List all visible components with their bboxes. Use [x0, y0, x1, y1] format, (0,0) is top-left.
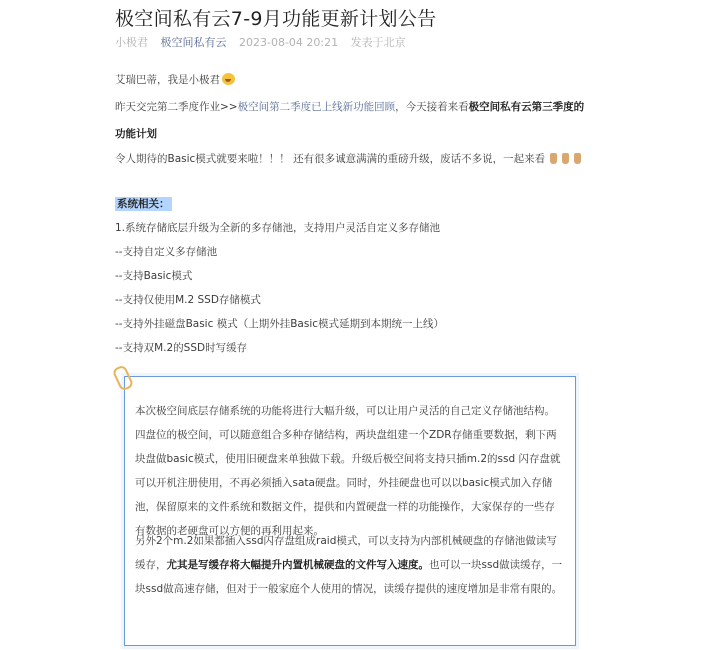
previous-article-link[interactable]: 极空间第二季度已上线新功能回顾 — [238, 101, 396, 113]
author: 小极君 — [115, 36, 148, 49]
intro-bold: 极空间私有云第三季度的 — [469, 101, 585, 113]
publish-location: 发表于北京 — [351, 36, 406, 49]
pointing-down-icon — [550, 153, 557, 164]
publish-datetime: 2023-08-04 20:21 — [239, 36, 338, 49]
intro-line-2: 功能计划 — [115, 126, 157, 141]
pointing-down-icon — [574, 153, 581, 164]
callout-paragraph-2: 另外2个m.2如果都插入ssd闪存盘组成raid模式，可以支持为内部机械硬盘的存… — [135, 529, 565, 601]
intro-mid: ，今天接着来看 — [395, 101, 469, 113]
teaser-text: 令人期待的Basic模式就要来啦！！！ 还有很多诚意满满的重磅升级，废话不多说，… — [115, 153, 545, 165]
teaser-line: 令人期待的Basic模式就要来啦！！！ 还有很多诚意满满的重磅升级，废话不多说，… — [115, 151, 581, 166]
intro-prefix: 昨天交完第二季度作业>> — [115, 101, 238, 113]
account-link[interactable]: 极空间私有云 — [161, 36, 227, 49]
section-heading-text: 系统相关： — [115, 197, 172, 211]
pointing-down-icon — [562, 153, 569, 164]
list-item: --支持双M.2的SSD时写缓存 — [115, 340, 247, 355]
list-item: 1.系统存储底层升级为全新的多存储池，支持用户灵活自定义多存储池 — [115, 220, 440, 235]
list-item: --支持Basic模式 — [115, 268, 192, 283]
callout-paragraph-1: 本次极空间底层存储系统的功能将进行大幅升级，可以让用户灵活的自己定义存储池结构。… — [135, 399, 565, 543]
intro-line: 昨天交完第二季度作业>>极空间第二季度已上线新功能回顾，今天接着来看极空间私有云… — [115, 99, 584, 114]
article-title: 极空间私有云7-9月功能更新计划公告 — [115, 4, 436, 31]
list-item: --支持自定义多存储池 — [115, 244, 217, 259]
list-item: --支持仅使用M.2 SSD存储模式 — [115, 292, 261, 307]
para2-bold: 尤其是写缓存将大幅提升内置机械硬盘的文件写入速度。 — [167, 559, 430, 571]
intro-bold-2: 功能计划 — [115, 128, 157, 140]
list-item: --支持外挂磁盘Basic 模式（上期外挂Basic模式延期到本期统一上线） — [115, 316, 444, 331]
smiley-face-icon — [222, 73, 235, 85]
greeting-text: 艾瑞巴蒂，我是小极君 — [115, 74, 220, 86]
section-heading: 系统相关： — [115, 196, 172, 211]
article-meta: 小极君 极空间私有云 2023-08-04 20:21 发表于北京 — [115, 34, 415, 50]
greeting-line: 艾瑞巴蒂，我是小极君 — [115, 72, 235, 87]
